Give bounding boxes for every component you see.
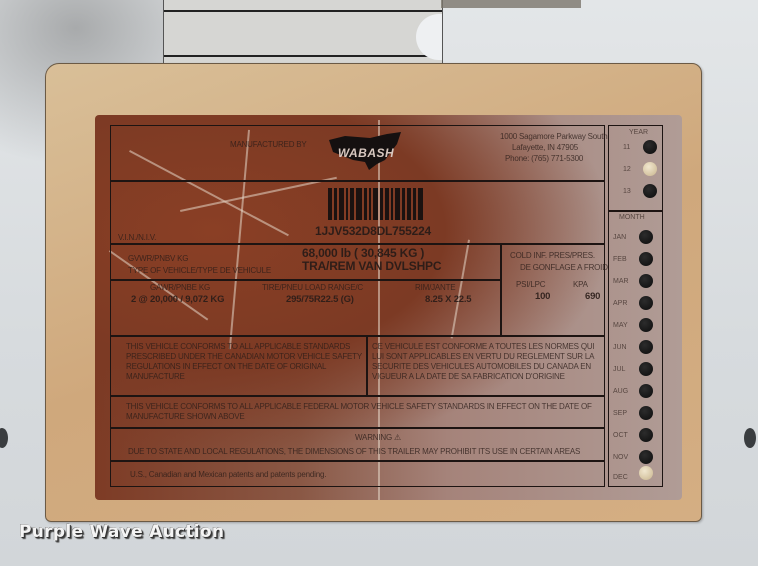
warning-title: WARNING ⚠ — [355, 433, 401, 443]
address-line-1: 1000 Sagamore Parkway South — [500, 132, 608, 142]
vehicle-type-value: TRA/REM VAN DVLSHPC — [302, 260, 441, 273]
gawr-value: 2 @ 20,000 / 9,072 KG — [131, 295, 224, 305]
month-label: MONTH — [619, 214, 645, 221]
paper-sticker — [163, 0, 443, 65]
month-apr: APR — [613, 300, 627, 307]
gvwr-label: GVWR/PNBV KG — [128, 254, 188, 264]
month-jun-dot — [639, 340, 653, 354]
manufactured-by-label: MANUFACTURED BY — [230, 140, 307, 150]
logo-text: WABASH — [330, 146, 402, 160]
year-13-dot — [643, 184, 657, 198]
month-jul: JUL — [613, 366, 625, 373]
vehicle-type-label: TYPE OF VEHICLE/TYPE DE VEHICULE — [128, 266, 271, 276]
phone: Phone: (765) 771-5300 — [505, 154, 583, 164]
fmvss-statement: THIS VEHICLE CONFORMS TO ALL APPLICABLE … — [126, 402, 601, 422]
year-12-punched — [643, 162, 657, 176]
month-dec: DEC — [613, 474, 628, 481]
rim-label: RIM/JANTE — [415, 283, 455, 293]
month-jul-dot — [639, 362, 653, 376]
warning-text: DUE TO STATE AND LOCAL REGULATIONS, THE … — [128, 447, 580, 457]
month-feb: FEB — [613, 256, 627, 263]
psi-value: 100 — [535, 292, 550, 302]
month-mar-dot — [639, 274, 653, 288]
address-line-2: Lafayette, IN 47905 — [512, 143, 578, 153]
kpa-value: 690 — [585, 292, 600, 302]
cold-pressure-label-2: DE GONFLAGE A FROID — [520, 263, 608, 273]
month-aug: AUG — [613, 388, 628, 395]
date-punch-column: YEAR 11 12 13 MONTH JAN FEB MAR APR MAY … — [608, 125, 663, 487]
canada-statement-en: THIS VEHICLE CONFORMS TO ALL APPLICABLE … — [126, 342, 362, 382]
month-apr-dot — [639, 296, 653, 310]
cold-pressure-label-1: COLD INF. PRES/PRES. — [510, 251, 595, 261]
tire-label: TIRE/PNEU LOAD RANGE/C — [262, 283, 363, 293]
barcode — [328, 188, 443, 220]
tire-value: 295/75R22.5 (G) — [286, 295, 354, 305]
month-sep: SEP — [613, 410, 627, 417]
month-nov: NOV — [613, 454, 628, 461]
month-jun: JUN — [613, 344, 627, 351]
month-may: MAY — [613, 322, 628, 329]
month-nov-dot — [639, 450, 653, 464]
year-11: 11 — [623, 144, 630, 151]
vin-label: V.I.N./N.I.V. — [118, 233, 156, 243]
year-13: 13 — [623, 188, 631, 195]
month-sep-dot — [639, 406, 653, 420]
month-feb-dot — [639, 252, 653, 266]
month-dec-punched — [639, 466, 653, 480]
month-may-dot — [639, 318, 653, 332]
month-aug-dot — [639, 384, 653, 398]
year-11-dot — [643, 140, 657, 154]
month-mar: MAR — [613, 278, 629, 285]
rim-value: 8.25 X 22.5 — [425, 295, 471, 305]
bolt-right — [744, 428, 756, 448]
month-oct: OCT — [613, 432, 628, 439]
month-jan: JAN — [613, 234, 626, 241]
patents-text: U.S., Canadian and Mexican patents and p… — [130, 470, 326, 480]
month-jan-dot — [639, 230, 653, 244]
watermark: Purple Wave Auction — [19, 522, 224, 542]
month-oct-dot — [639, 428, 653, 442]
tape-residue — [441, 0, 581, 8]
year-12: 12 — [623, 166, 631, 173]
kpa-label: KPA — [573, 280, 588, 290]
canada-statement-fr: CE VEHICULE EST CONFORME A TOUTES LES NO… — [372, 342, 600, 382]
vin-value: 1JJV532D8DL755224 — [315, 225, 431, 238]
year-label: YEAR — [629, 129, 648, 136]
psi-label: PSI/LPC — [516, 280, 545, 290]
gawr-label: GAWR/PNBE KG — [150, 283, 210, 293]
